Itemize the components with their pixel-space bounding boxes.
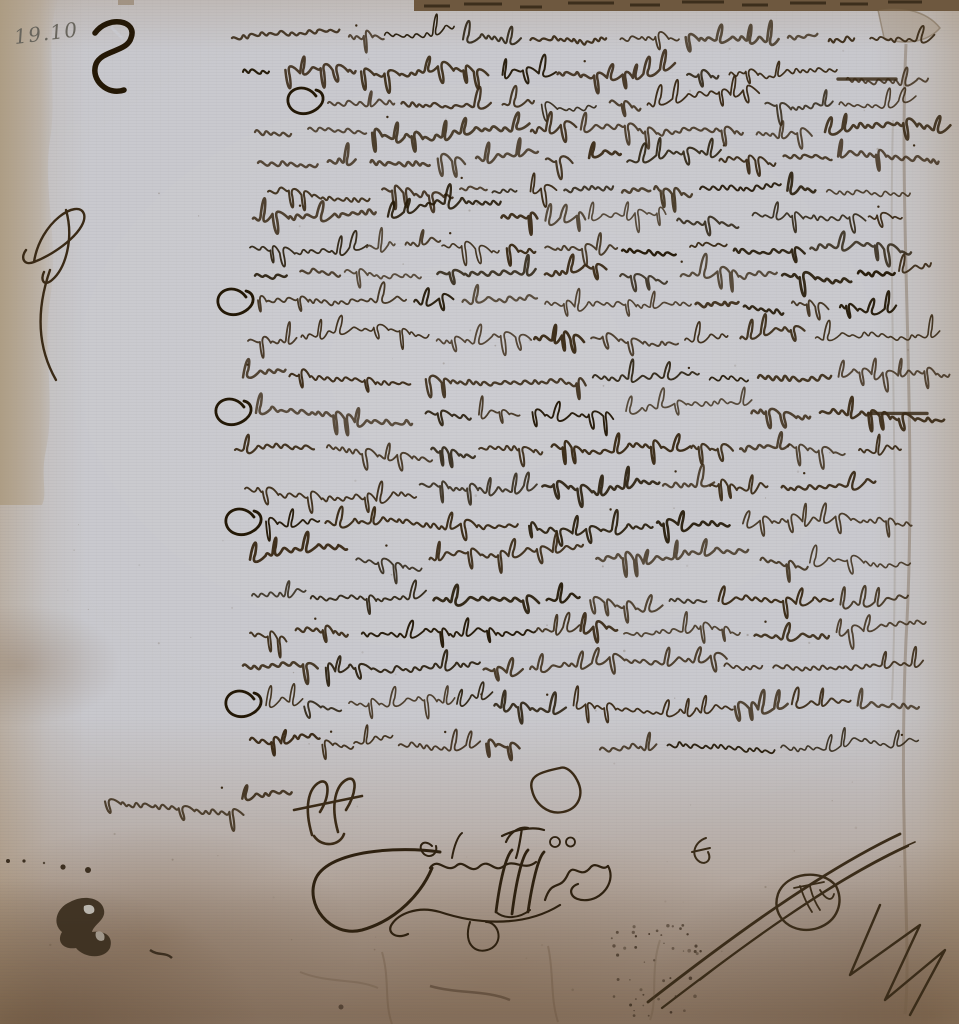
corner-fold [878,9,940,42]
handwritten-line [218,282,896,320]
handwritten-line [250,725,520,760]
handwritten-line [235,432,901,470]
handwritten-line [288,75,916,125]
handwritten-line [248,314,940,358]
signature-right [648,834,945,1015]
right-fold-crease [892,44,910,1014]
handwritten-line [268,173,910,212]
handwritten-line [243,358,949,399]
handwritten-line [252,580,908,622]
handwritten-line [250,228,911,267]
ink-blot [6,859,344,1010]
opening-initial [95,22,132,92]
handwritten-line [255,254,931,296]
ink-speckles [49,48,909,1017]
handwritten-line [245,465,875,513]
double-f-mark [294,779,362,844]
handwritten-line [255,112,950,152]
clerk-paraph-shape [531,768,580,813]
torn-left-edge [0,0,58,505]
creases [300,940,660,1024]
handwritten-line [243,647,923,686]
manuscript-art: 19.10 [0,0,959,1024]
handwritten-line [250,612,926,658]
handwriting-block [105,14,950,831]
handwritten-line [258,138,939,179]
handwritten-line [226,682,919,723]
manuscript-photo: 19.10 [0,0,959,1024]
handwritten-line [600,728,918,753]
handwritten-line [105,785,292,831]
signature-left [313,828,611,951]
handwritten-line [250,532,910,584]
handwritten-line [243,50,928,93]
handwritten-line [253,184,902,235]
underlying-page-edge [118,0,959,11]
handwritten-line [232,14,934,52]
handwritten-line [226,503,912,546]
